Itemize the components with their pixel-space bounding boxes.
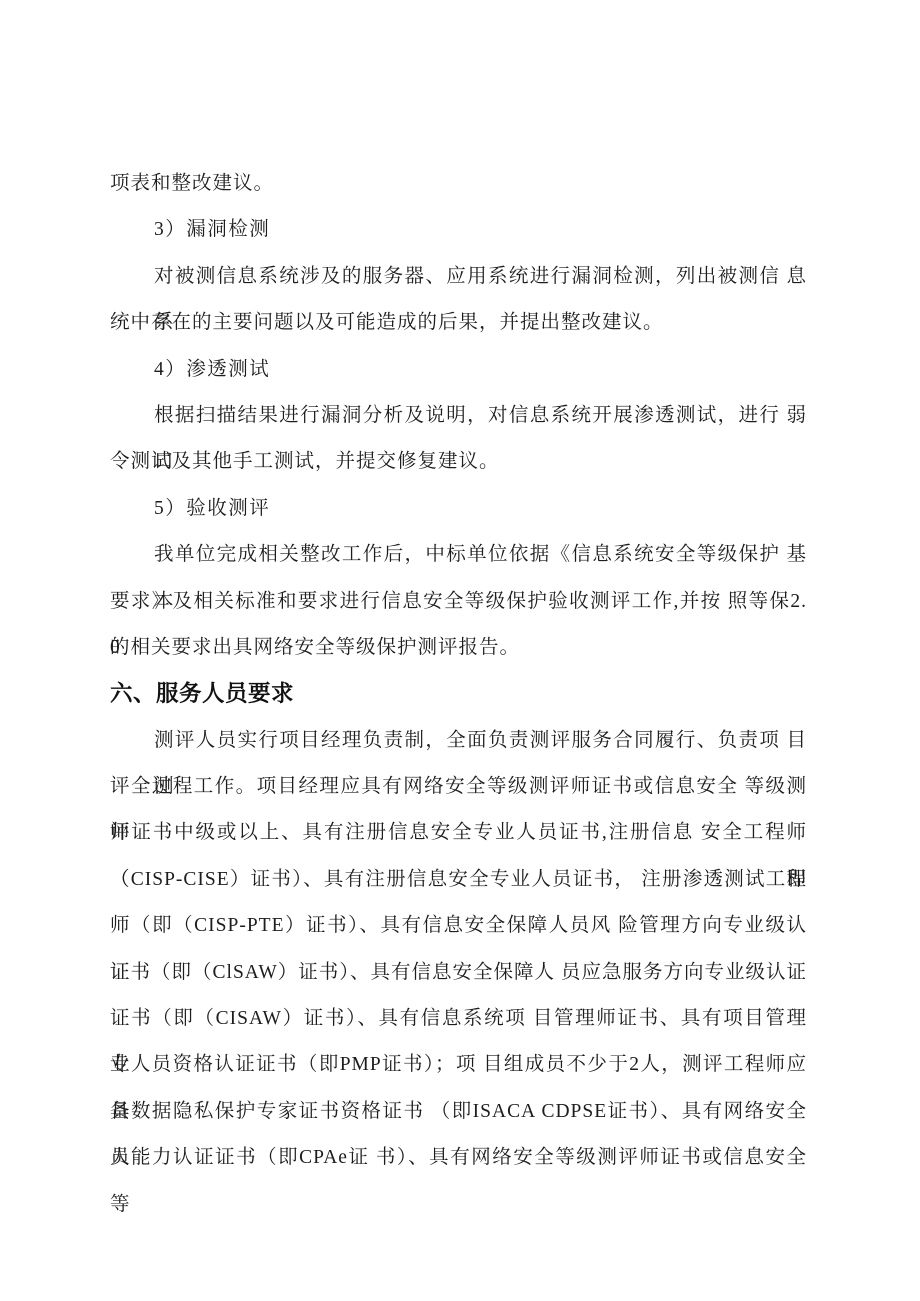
- paragraph-line: 证书（即（ClSAW）证书）、具有信息安全保障人 员应急服务方向专业级认证: [110, 950, 807, 996]
- paragraph-line: 的相关要求出具网络安全等级保护测评报告。: [110, 625, 807, 671]
- document-content: 项表和整改建议。3）漏洞检测对被测信息系统涉及的服务器、应用系统进行漏洞检测，列…: [110, 161, 807, 1182]
- paragraph-line: 要求》及相关标准和要求进行信息安全等级保护验收测评工作,并按 照等保2. 0: [110, 579, 807, 625]
- section-heading: 六、服务人员要求: [110, 671, 807, 717]
- paragraph-line: 测评人员实行项目经理负责制，全面负责测评服务合同履行、负责项 目测: [110, 718, 807, 764]
- paragraph-line: 备数据隐私保护专家证书资格证书 （即ISACA CDPSE证书）、具有网络安全人: [110, 1089, 807, 1135]
- paragraph-line: 师（即（CISP-PTE）证书）、具有信息安全保障人员风 险管理方向专业级认证: [110, 903, 807, 949]
- numbered-item: 4）渗透测试: [110, 347, 807, 393]
- paragraph-line: 根据扫描结果进行漏洞分析及说明，对信息系统开展渗透测试，进行 弱口: [110, 393, 807, 439]
- numbered-item: 3）漏洞检测: [110, 207, 807, 253]
- document-page: 项表和整改建议。3）漏洞检测对被测信息系统涉及的服务器、应用系统进行漏洞检测，列…: [0, 0, 920, 1301]
- paragraph-line: 令测试及其他手工测试，并提交修复建议。: [110, 439, 807, 485]
- paragraph-line: 项表和整改建议。: [110, 161, 807, 207]
- paragraph-line: 评全过程工作。项目经理应具有网络安全等级测评师证书或信息安全 等级测评: [110, 764, 807, 810]
- numbered-item: 5）验收测评: [110, 486, 807, 532]
- paragraph-line: 员能力认证证书（即CPAe证 书）、具有网络安全等级测评师证书或信息安全等: [110, 1135, 807, 1181]
- paragraph-line: 对被测信息系统涉及的服务器、应用系统进行漏洞检测，列出被测信 息系: [110, 254, 807, 300]
- paragraph-line: 统中存在的主要问题以及可能造成的后果，并提出整改建议。: [110, 300, 807, 346]
- paragraph-line: 我单位完成相关整改工作后，中标单位依据《信息系统安全等级保护 基本: [110, 532, 807, 578]
- paragraph-line: 师证书中级或以上、具有注册信息安全专业人员证书,注册信息 安全工程师（即: [110, 810, 807, 856]
- paragraph-line: 业人员资格认证证书（即PMP证书）；项 目组成员不少于2人，测评工程师应具: [110, 1042, 807, 1088]
- paragraph-line: （CISP-CISE）证书）、具有注册信息安全专业人员证书， 注册渗透测试工程: [110, 857, 807, 903]
- paragraph-line: 证书（即（CISAW）证书）、具有信息系统项 目管理师证书、具有项目管理专: [110, 996, 807, 1042]
